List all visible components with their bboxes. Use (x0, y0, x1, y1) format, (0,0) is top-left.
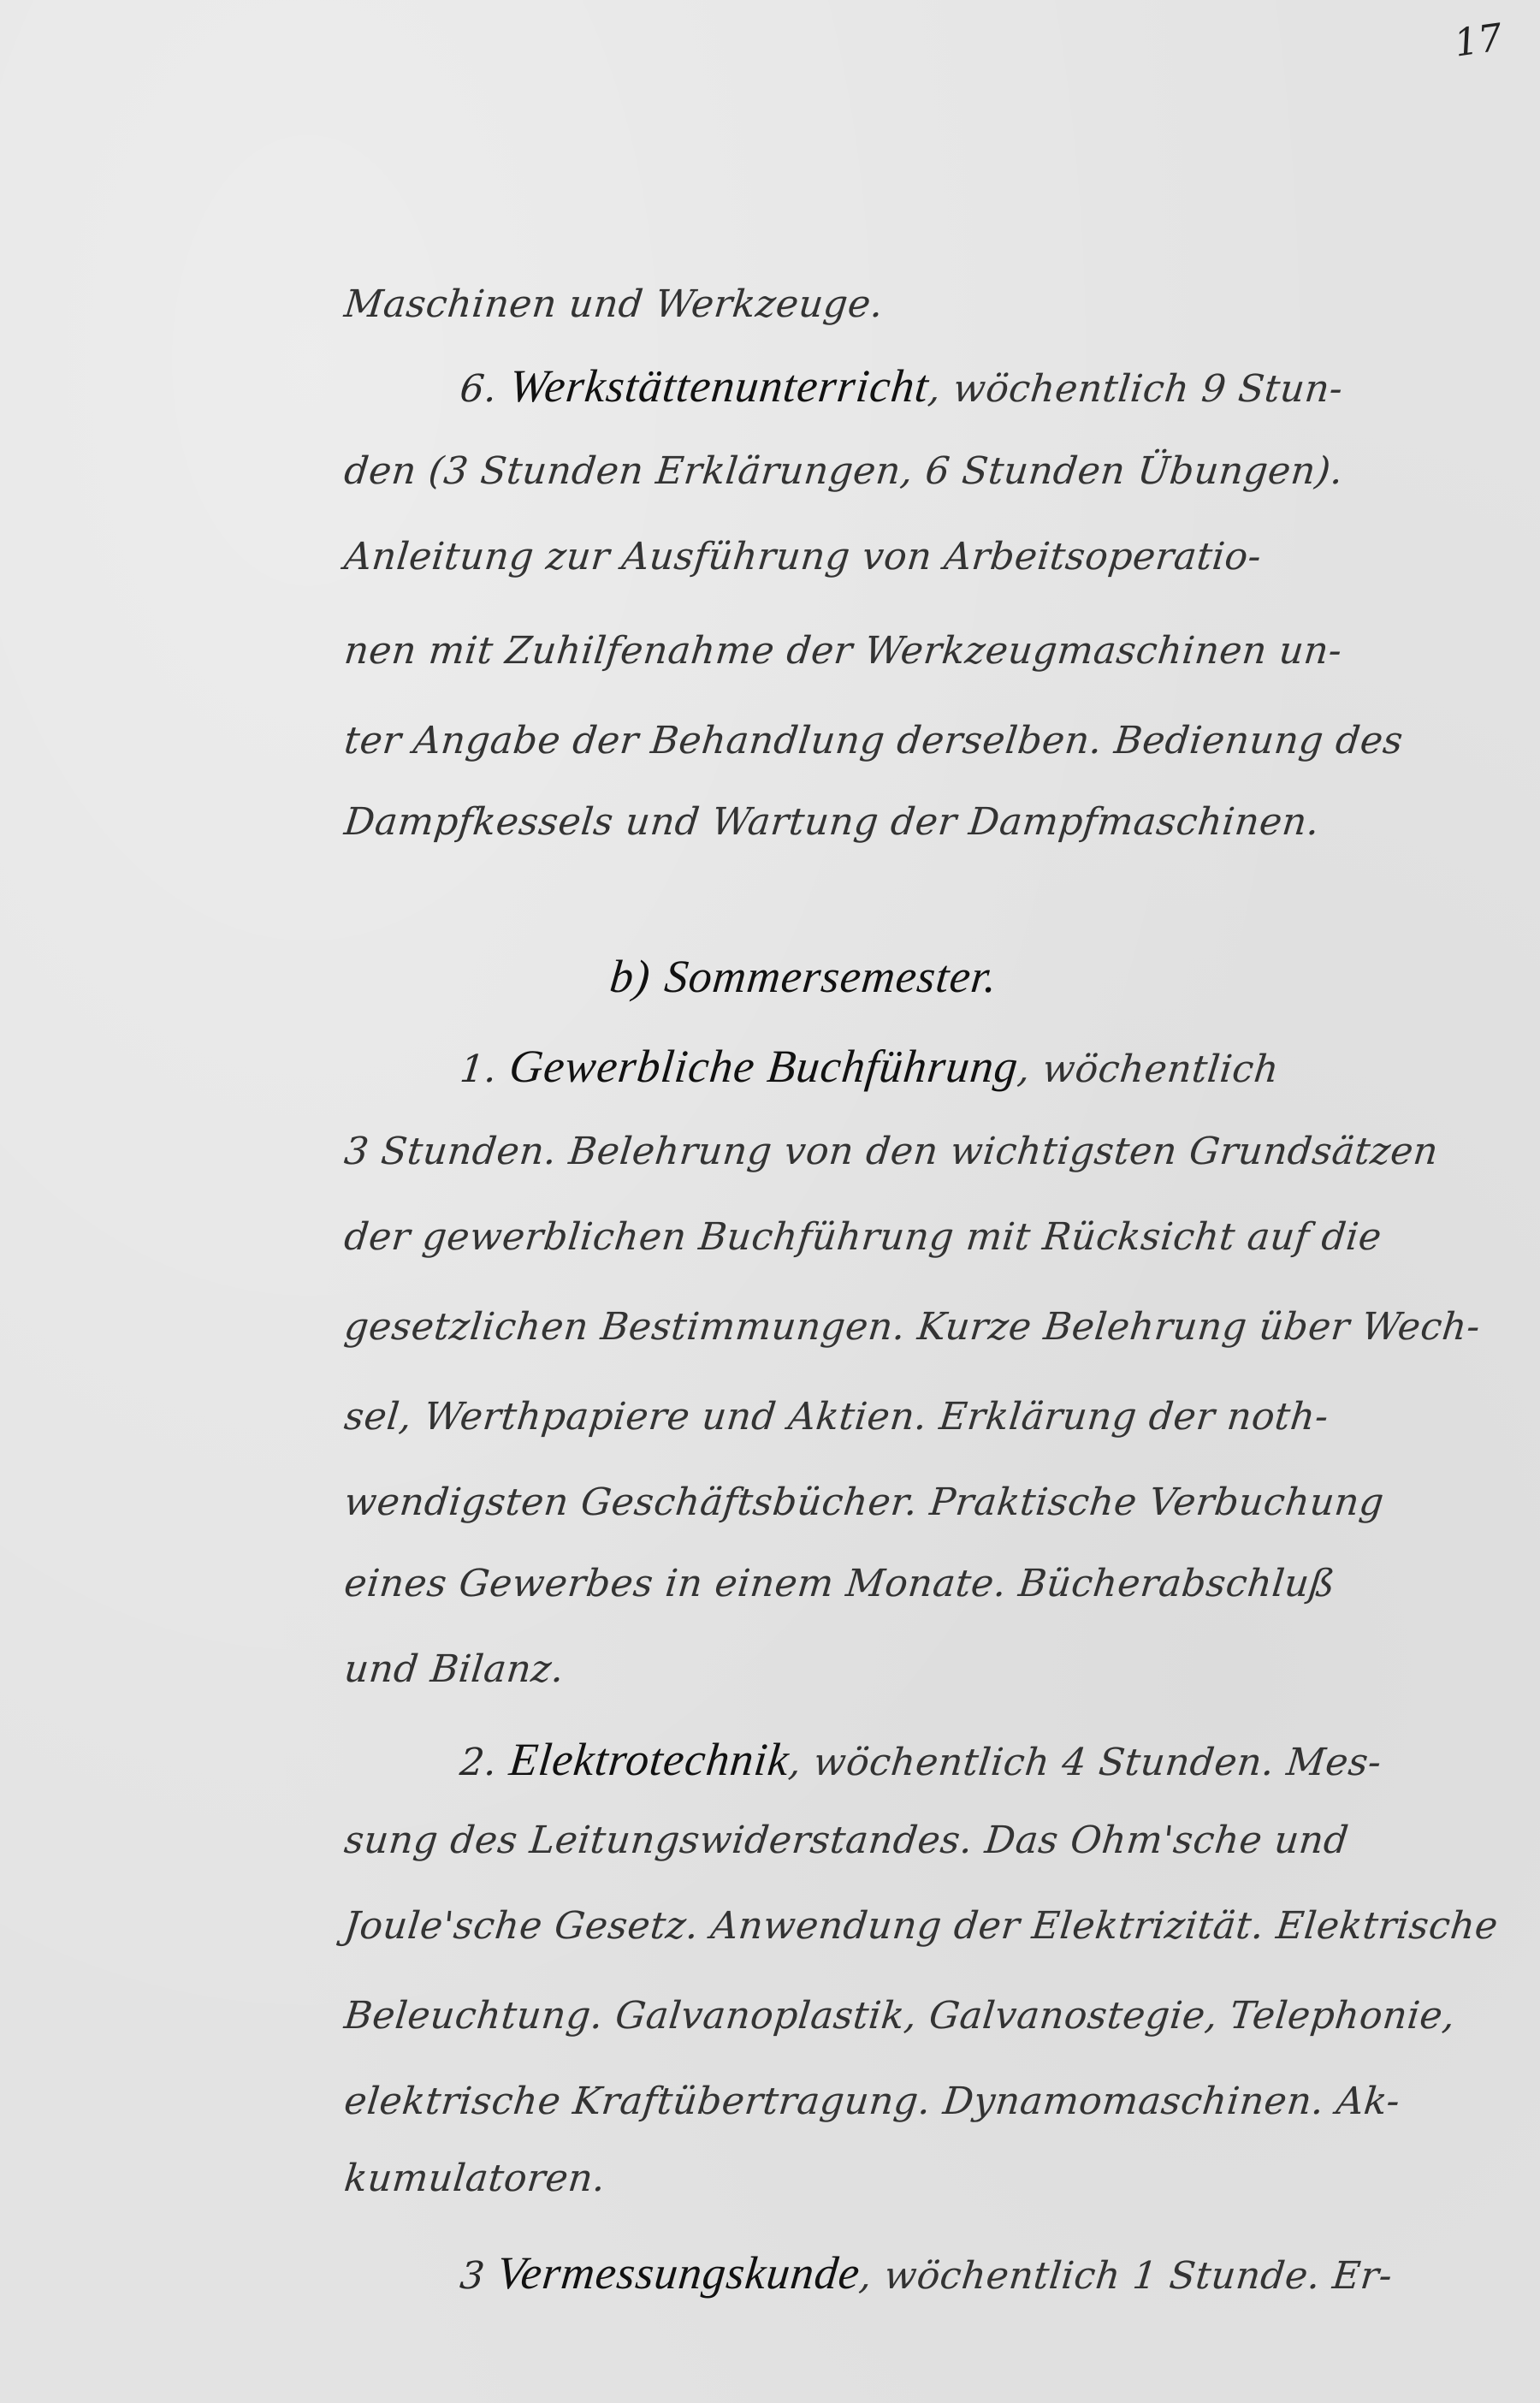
line-text: , wöchentlich (1016, 1047, 1281, 1091)
text-line: wendigsten Geschäftsbücher. Praktische V… (342, 1480, 1519, 1524)
line-text: und Bilanz. (342, 1647, 566, 1691)
line-text: kumulatoren. (342, 2157, 607, 2200)
item-number: 6. (458, 367, 499, 411)
text-line: nen mit Zuhilfenahme der Werkzeugmaschin… (342, 629, 1519, 673)
text-line: und Bilanz. (342, 1647, 1519, 1691)
text-line: eines Gewerbes in einem Monate. Bücherab… (342, 1562, 1519, 1605)
text-line: Anleitung zur Ausführung von Arbeitsoper… (342, 535, 1519, 578)
line-text: 3 Stunden. Belehrung von den wichtigsten… (342, 1130, 1441, 1173)
line-text: sung des Leitungswiderstandes. Das Ohm's… (342, 1819, 1351, 1862)
text-line: Maschinen und Werkzeuge. (342, 282, 1519, 326)
section-heading-sommersemester: b) Sommersemester. (607, 950, 1540, 1003)
text-line: Beleuchtung. Galvanoplastik, Galvanosteg… (342, 1994, 1519, 2038)
item-number: 2. (458, 1741, 499, 1784)
item-title: Werkstättenunterricht (507, 360, 932, 412)
page-number: 17 (1452, 15, 1506, 65)
line-text: ter Angabe der Behandlung derselben. Bed… (342, 719, 1405, 762)
text-line: den (3 Stunden Erklärungen, 6 Stunden Üb… (342, 449, 1519, 493)
line-text: Joule'sche Gesetz. Anwendung der Elektri… (342, 1904, 1500, 1948)
line-text: gesetzlichen Bestimmungen. Kurze Belehru… (342, 1305, 1483, 1349)
text-line: sung des Leitungswiderstandes. Das Ohm's… (342, 1819, 1519, 1862)
section-title: Sommersemester (662, 951, 987, 1002)
line-text: elektrische Kraftübertragung. Dynamomasc… (342, 2080, 1402, 2123)
line-text: den (3 Stunden Erklärungen, 6 Stunden Üb… (342, 449, 1346, 493)
text-line: sel, Werthpapiere und Aktien. Erklärung … (342, 1395, 1519, 1439)
text-line: kumulatoren. (342, 2157, 1519, 2200)
line-text: Beleuchtung. Galvanoplastik, Galvanosteg… (342, 1994, 1457, 2038)
text-line: ter Angabe der Behandlung derselben. Bed… (342, 719, 1519, 762)
text-line: Dampfkessels und Wartung der Dampfmaschi… (342, 800, 1519, 844)
section-heading-vermessungskunde: 3 Vermessungskunde, wöchentlich 1 Stunde… (458, 2246, 1540, 2299)
section-heading-elektrotechnik: 2. Elektrotechnik, wöchentlich 4 Stunden… (458, 1733, 1540, 1786)
line-text: eines Gewerbes in einem Monate. Bücherab… (342, 1562, 1337, 1605)
line-text: der gewerblichen Buchführung mit Rücksic… (342, 1215, 1383, 1259)
item-number: 1. (458, 1047, 499, 1091)
section-heading-buchfuehrung: 1. Gewerbliche Buchführung, wöchentlich (458, 1040, 1540, 1093)
text-line: der gewerblichen Buchführung mit Rücksic… (342, 1215, 1519, 1259)
line-text: , wöchentlich 9 Stun- (927, 367, 1345, 411)
text-line: Joule'sche Gesetz. Anwendung der Elektri… (342, 1904, 1519, 1948)
text-line: gesetzlichen Bestimmungen. Kurze Belehru… (342, 1305, 1519, 1349)
line-text: Anleitung zur Ausführung von Arbeitsoper… (342, 535, 1264, 578)
line-text: , wöchentlich 1 Stunde. Er- (857, 2254, 1395, 2298)
item-title: Vermessungskunde (495, 2247, 862, 2299)
line-text: nen mit Zuhilfenahme der Werkzeugmaschin… (342, 629, 1344, 673)
line-text: wendigsten Geschäftsbücher. Praktische V… (342, 1480, 1386, 1524)
text-line: elektrische Kraftübertragung. Dynamomasc… (342, 2080, 1519, 2123)
line-text: Dampfkessels und Wartung der Dampfmaschi… (342, 800, 1322, 844)
line-text: Maschinen und Werkzeuge. (342, 282, 885, 326)
section-letter: b) (607, 951, 653, 1002)
line-text: , wöchentlich 4 Stunden. Mes- (787, 1741, 1384, 1784)
section-heading-werkstaetten: 6. Werkstättenunterricht, wöchentlich 9 … (458, 359, 1540, 412)
text-line: 3 Stunden. Belehrung von den wichtigsten… (342, 1130, 1519, 1173)
line-text: sel, Werthpapiere und Aktien. Erklärung … (342, 1395, 1330, 1439)
item-title: Gewerbliche Buchführung (507, 1041, 1022, 1092)
item-number: 3 (458, 2254, 487, 2298)
item-title: Elektrotechnik (507, 1734, 792, 1785)
